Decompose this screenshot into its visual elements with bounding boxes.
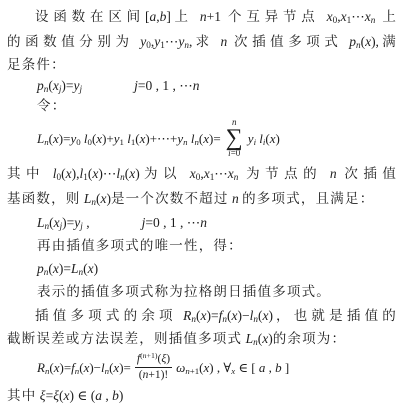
formula-ln-condition: Ln(xj)=yj ,j=0 , 1 , ⋯n [37, 211, 397, 234]
sum-lhs: Ln(x)=y0 l0(x)+y1 l1(x)+⋯+yn ln(x)= [37, 126, 221, 151]
formula-remainder: Rn(x)=fn(x)−ln(x)=f(n+1)(ξ)(n+1)!ωn+1(x)… [37, 349, 397, 385]
para-basis-line1: 其中 l0(x),l1(x)⋯ln(x)为以 x0,x1⋯xn 为节点的 n 次… [7, 161, 397, 186]
formula-pn-condition: pn(xj)=yjj=0 , 1 , ⋯n [37, 75, 397, 96]
frac-rhs: ωn+1(x) , ∀x ∈ [ a , b ] [176, 355, 289, 380]
text-let: 令： [37, 96, 397, 115]
fraction: f(n+1)(ξ)(n+1)! [135, 352, 172, 383]
sum-rhs: yi li(x) [248, 126, 280, 151]
text-uniqueness: 再由插值多项式的唯一性，得： [37, 234, 397, 257]
summation-symbol: n∑i=0 [226, 118, 243, 159]
formula-lagrange-sum: Ln(x)=y0 l0(x)+y1 l1(x)+⋯+yn ln(x)=n∑i=0… [37, 115, 397, 161]
para-setup-line2: 的函数值分别为 y0,y1⋯yn,求 n 次插值多项式 pn(x),满 [7, 29, 397, 54]
text-lagrange-name: 表示的插值多项式称为拉格朗日插值多项式。 [37, 280, 397, 303]
frac-lhs: Rn(x)=fn(x)−ln(x)= [37, 355, 131, 380]
para-remainder-line1: 插值多项式的余项 Rn(x)=fn(x)−ln(x)，也就是插值的 [7, 303, 397, 328]
fraction-denominator: (n+1)! [137, 368, 171, 383]
document-body: 设函数在区间[a,b]上 n+1 个互异节点 x0,x1⋯xn 上的函数值分别为… [0, 0, 405, 406]
fraction-numerator: f(n+1)(ξ) [135, 352, 172, 368]
para-setup-line1: 设函数在区间[a,b]上 n+1 个互异节点 x0,x1⋯xn 上 [7, 4, 397, 29]
text-xi-domain: 其中 ξ=ξ(x) ∈ (a , b) [7, 385, 397, 406]
para-remainder-line2: 截断误差或方法误差，则插值多项式 Ln(x)的余项为： [7, 328, 397, 349]
para-setup-line3: 足条件： [7, 54, 397, 75]
scanned-math-document: { "page": { "background": "#ffffff", "te… [0, 0, 405, 406]
formula-pn-equals-ln: pn(x)=Ln(x) [37, 257, 397, 280]
para-basis-line2: 基函数，则 Ln(x)是一个次数不超过 n 的多项式，且满足： [7, 186, 397, 211]
